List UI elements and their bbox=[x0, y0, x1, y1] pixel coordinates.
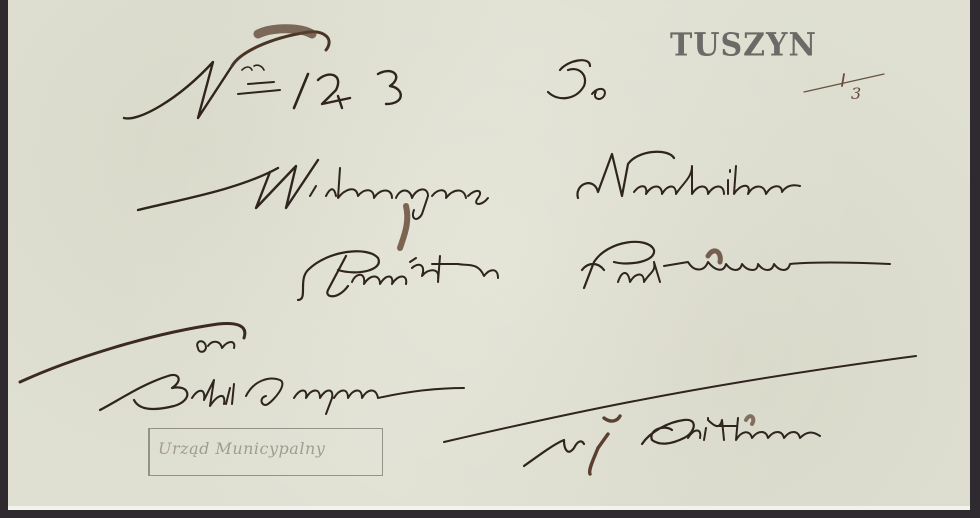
document-frame: Nr 123 Do Wielmożnego Naczelnika Powiatu… bbox=[0, 0, 980, 518]
rate-mark: 3 bbox=[851, 84, 861, 103]
official-box-stamp: Urząd Municypalny bbox=[148, 428, 383, 476]
town-postmark: TUSZYN bbox=[670, 27, 817, 64]
official-stamp-text: Urząd Municypalny bbox=[158, 439, 325, 458]
envelope-paper: Nr 123 Do Wielmożnego Naczelnika Powiatu… bbox=[8, 0, 970, 510]
